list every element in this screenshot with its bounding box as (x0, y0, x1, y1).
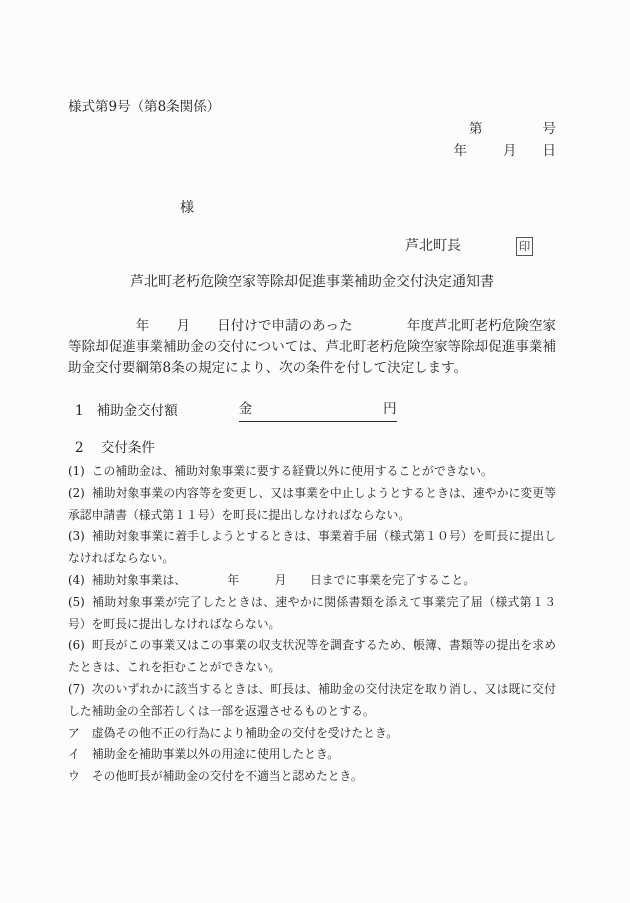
section-grant-conditions: 2 交付条件 (68, 437, 556, 459)
condition-item: (5)補助対象事業が完了したときは、速やかに関係書類を添えて事業完了届（様式第１… (68, 592, 556, 636)
condition-number: (7) (68, 682, 85, 696)
sub-item-marker: ウ (68, 769, 80, 783)
doc-number-prefix: 第 (469, 118, 483, 140)
issuer-line: 芦北町長 印 (405, 235, 556, 257)
condition-item: (6)町長がこの事業又はこの事業の収支状況等を調査するため、帳簿、書類等の提出を… (68, 635, 556, 679)
document-number-line: 第 号 (68, 118, 556, 140)
condition-text: 補助対象事業に着手しようとするときは、事業着手届（様式第１０号）を町長に提出しな… (68, 529, 556, 565)
seal-placeholder-box: 印 (516, 237, 533, 256)
condition-item: (2)補助対象事業の内容等を変更し、又は事業を中止しようとするときは、速やかに変… (68, 483, 556, 527)
doc-number-suffix: 号 (543, 118, 557, 140)
condition-text: 次のいずれかに該当するときは、町長は、補助金の交付決定を取り消し、又は既に交付し… (68, 682, 556, 718)
seal-character: 印 (519, 235, 531, 257)
section1-label: 補助金交付額 (97, 400, 178, 422)
condition-text: 補助対象事業が完了したときは、速やかに関係書類を添えて事業完了届（様式第１３号）… (68, 595, 556, 631)
sub-item-text: 補助金を補助事業以外の用途に使用したとき。 (92, 747, 339, 761)
date-month-label: 月 (503, 140, 517, 162)
section-grant-amount: 1 補助金交付額 金 円 (68, 398, 556, 422)
condition-number: (4) (68, 573, 85, 587)
condition-sub-item: イ補助金を補助事業以外の用途に使用したとき。 (68, 744, 556, 766)
issuer-title: 芦北町長 (405, 235, 461, 257)
condition-sub-item: ウその他町長が補助金の交付を不適当と認めたとき。 (68, 766, 556, 788)
section2-label: 交付条件 (101, 440, 155, 456)
document-title: 芦北町老朽危険空家等除却促進事業補助金交付決定通知書 (68, 271, 556, 293)
sub-item-text: その他町長が補助金の交付を不適当と認めたとき。 (92, 769, 363, 783)
condition-item: (3)補助対象事業に着手しようとするときは、事業着手届（様式第１０号）を町長に提… (68, 526, 556, 570)
sub-item-marker: ア (68, 726, 80, 740)
condition-item: (4)補助対象事業は、 年 月 日までに事業を完了すること。 (68, 570, 556, 592)
date-year-label: 年 (454, 140, 468, 162)
intro-paragraph: 年 月 日付けで申請のあった 年度芦北町老朽危険空家等除却促進事業補助金の交付に… (68, 316, 556, 379)
condition-number: (3) (68, 529, 85, 543)
condition-number: (6) (68, 638, 85, 652)
addressee-line: 様 (180, 197, 556, 219)
amount-underlined-field: 金 円 (239, 398, 397, 422)
addressee-honorific: 様 (180, 200, 194, 216)
amount-suffix: 円 (383, 398, 397, 420)
condition-number: (5) (68, 595, 85, 609)
section1-number: 1 (75, 400, 84, 422)
condition-sub-item: ア虚偽その他不正の行為により補助金の交付を受けたとき。 (68, 723, 556, 745)
condition-number: (1) (68, 464, 85, 478)
condition-item: (1)この補助金は、補助対象事業に要する経費以外に使用することができない。 (68, 461, 556, 483)
condition-number: (2) (68, 486, 85, 500)
conditions-list: (1)この補助金は、補助対象事業に要する経費以外に使用することができない。 (2… (68, 461, 556, 788)
sub-item-text: 虚偽その他不正の行為により補助金の交付を受けたとき。 (92, 726, 398, 740)
condition-item: (7)次のいずれかに該当するときは、町長は、補助金の交付決定を取り消し、又は既に… (68, 679, 556, 723)
condition-text: 補助対象事業は、 年 月 日までに事業を完了すること。 (92, 573, 475, 587)
condition-text: この補助金は、補助対象事業に要する経費以外に使用することができない。 (92, 464, 493, 478)
date-day-label: 日 (543, 140, 557, 162)
document-page: 様式第9号（第8条関係） 第 号 年 月 日 様 芦北町長 印 芦北町老朽危険空… (0, 0, 630, 903)
condition-text: 町長がこの事業又はこの事業の収支状況等を調査するため、帳簿、書類等の提出を求めた… (68, 638, 556, 674)
form-number: 様式第9号（第8条関係） (68, 96, 556, 118)
section2-number: 2 (75, 440, 84, 456)
condition-text: 補助対象事業の内容等を変更し、又は事業を中止しようとするときは、速やかに変更等承… (68, 486, 556, 522)
amount-blank-space (252, 419, 383, 420)
date-line: 年 月 日 (68, 140, 556, 162)
sub-item-marker: イ (68, 747, 80, 761)
amount-prefix: 金 (239, 398, 253, 420)
